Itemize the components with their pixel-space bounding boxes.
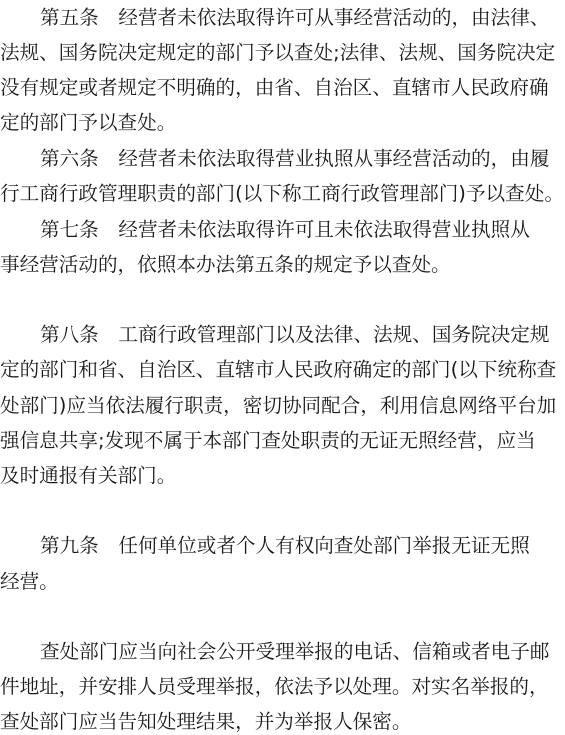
text-line: 法规、国务院决定规定的部门予以查处;法律、法规、国务院决定 xyxy=(0,35,555,71)
text-line: 定的部门和省、自治区、直辖市人民政府确定的部门(以下统称查 xyxy=(0,352,556,388)
text-line: 件地址，并安排人员受理举报，依法予以处理。对实名举报的， xyxy=(0,669,549,705)
text-line: 没有规定或者规定不明确的，由省、自治区、直辖市人民政府确 xyxy=(0,70,549,106)
text-line: 第五条 经营者未依法取得许可从事经营活动的，由法律、 xyxy=(40,0,549,36)
text-line: 定的部门予以查处。 xyxy=(0,105,176,141)
text-line: 经营。 xyxy=(0,564,59,600)
text-line: 行工商行政管理职责的部门(以下称工商行政管理部门)予以查处。 xyxy=(0,176,564,212)
text-line: 查处部门应当告知处理结果，并为举报人保密。 xyxy=(0,704,411,735)
text-line: 第六条 经营者未依法取得营业执照从事经营活动的，由履 xyxy=(40,141,549,177)
text-line: 处部门)应当依法履行职责，密切协同配合，利用信息网络平台加 xyxy=(0,388,556,424)
text-line: 第八条 工商行政管理部门以及法律、法规、国务院决定规 xyxy=(40,317,549,353)
text-line: 事经营活动的，依照本办法第五条的规定予以查处。 xyxy=(0,247,451,283)
text-line: 及时通报有关部门。 xyxy=(0,458,176,494)
text-line: 强信息共享;发现不属于本部门查处职责的无证无照经营，应当 xyxy=(0,423,536,459)
text-line: 第七条 经营者未依法取得许可且未依法取得营业执照从 xyxy=(40,212,530,248)
text-line: 第九条 任何单位或者个人有权向查处部门举报无证无照 xyxy=(40,528,530,564)
text-line: 查处部门应当向社会公开受理举报的电话、信箱或者电子邮 xyxy=(40,634,549,670)
